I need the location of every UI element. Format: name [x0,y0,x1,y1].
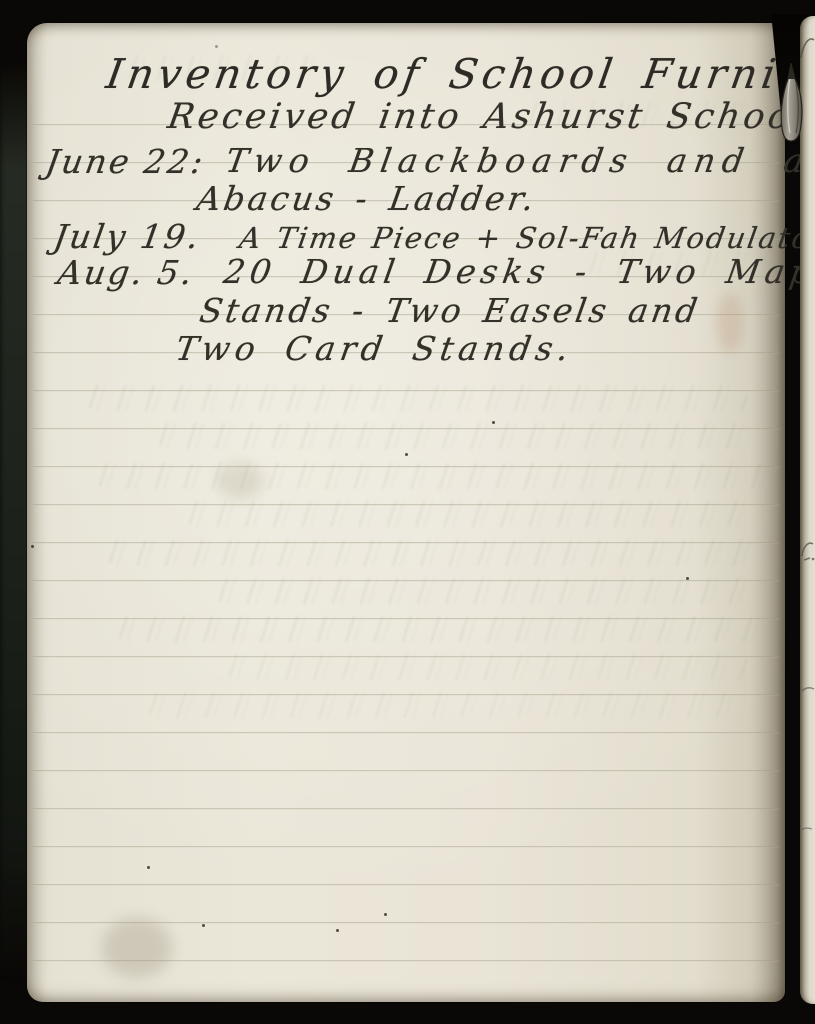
ghost-writing [147,692,737,718]
next-page-edge [800,16,815,1004]
ghost-writing [227,654,747,680]
ghost-writing [157,423,757,449]
ghost-writing [107,540,757,566]
paper-stain [717,293,743,353]
heading-line-1: Inventory of School Furniture. [103,50,815,98]
entry-text: 20 Dual Desks - Two Map- [221,252,815,291]
entry-date: Aug. 5. [55,253,197,292]
ledger-photograph: Inventory of School Furniture. Received … [0,0,815,1024]
ghost-writing [217,578,757,604]
ghost-writing [87,385,747,411]
entry-text: Stands - Two Easels and [197,291,703,330]
entry-text: A Time Piece + Sol-Fah Modulator. [237,221,815,255]
ghost-writing [117,616,757,642]
paper-stain [102,918,172,978]
entry-text: Two Blackboards and an [223,141,815,180]
paper-stain [217,463,263,499]
entry-date: June 22: [43,142,208,181]
ghost-writing [97,463,777,489]
heading-line-2: Received into Ashurst School. [165,97,815,137]
entry-text: Abacus - Ladder. [194,179,540,218]
ghost-writing [187,501,757,527]
entry-date: July 19. [51,217,204,256]
notebook-page: Inventory of School Furniture. Received … [27,23,785,1002]
entry-text: Two Card Stands. [173,329,576,368]
